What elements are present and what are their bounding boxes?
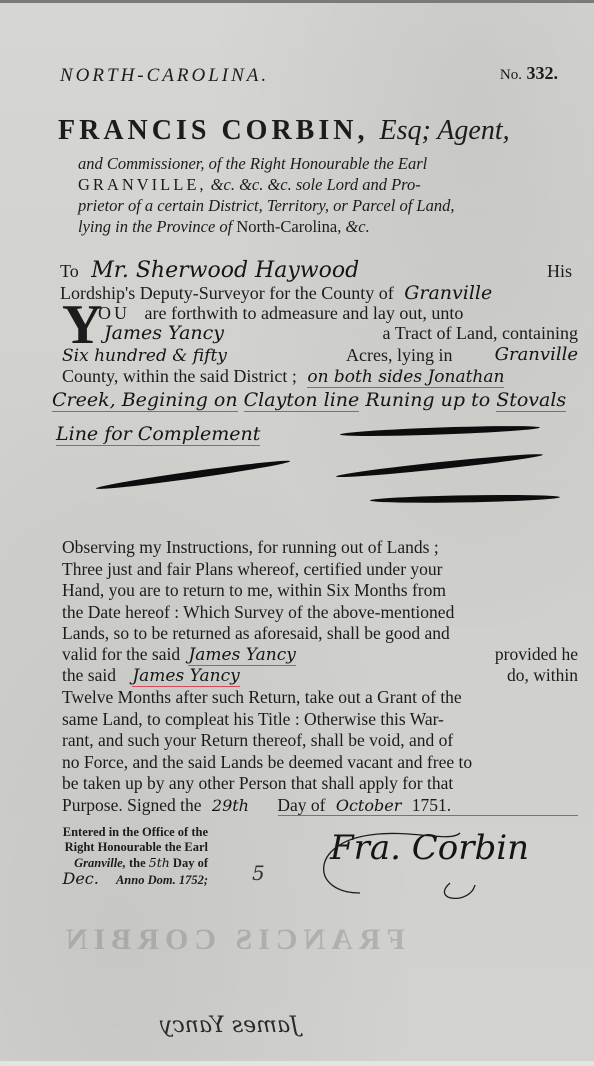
his-word: His bbox=[547, 259, 572, 283]
margin-note: 5 bbox=[252, 861, 265, 885]
instruction-line: Lands, so to be returned as aforesaid, s… bbox=[62, 623, 578, 645]
grantee-name: James Yancy bbox=[104, 322, 224, 344]
preamble: and Commissioner, of the Right Honourabl… bbox=[78, 153, 572, 237]
preamble-line-2: GRANVILLE, &c. &c. &c. sole Lord and Pro… bbox=[78, 174, 572, 195]
order-line-1-text: are forthwith to admeasure and lay out, … bbox=[145, 303, 464, 323]
instruction-line: Hand, you are to return to me, within Si… bbox=[62, 580, 578, 602]
blank-fill-stroke bbox=[370, 494, 560, 504]
entry-note: Entered in the Office of the Right Honou… bbox=[12, 825, 208, 888]
county-district-text: County, within the said District ; bbox=[62, 366, 297, 386]
instruction-line: same Land, to compleat his Title : Other… bbox=[62, 709, 578, 731]
initial-letter: Y bbox=[62, 303, 102, 347]
location-line-3: Line for Complement bbox=[56, 421, 260, 447]
blank-fill-stroke bbox=[96, 458, 291, 492]
instruction-line: Twelve Months after such Return, take ou… bbox=[62, 687, 578, 709]
page-bottom-edge bbox=[0, 1061, 594, 1066]
location-clayton-line: Clayton line bbox=[244, 389, 360, 412]
tract-text: a Tract of Land, containing bbox=[383, 321, 578, 345]
location-creek: Creek, Begining on bbox=[52, 389, 238, 412]
signed-day-of: Day of bbox=[277, 795, 325, 815]
you-word: OU bbox=[98, 303, 130, 323]
entry-line-3: Granville, the 5th Day of bbox=[12, 855, 208, 871]
valid-prefix: valid for the said bbox=[62, 644, 180, 664]
preamble-line-3: prietor of a certain District, Territory… bbox=[78, 195, 572, 216]
instructions-block-1: Observing my Instructions, for running o… bbox=[62, 537, 578, 645]
instruction-line: the Date hereof : Which Survey of the ab… bbox=[62, 602, 578, 624]
instruction-line: Observing my Instructions, for running o… bbox=[62, 537, 578, 559]
deputy-surveyor-text: Lordship's Deputy-Surveyor for the Count… bbox=[60, 283, 394, 303]
instructions-block-2: Twelve Months after such Return, take ou… bbox=[62, 687, 578, 795]
location-line-2: Creek, Begining on Clayton line Runing u… bbox=[52, 387, 582, 413]
location-running: Runing up to bbox=[365, 389, 490, 411]
preamble-line-4-italic: lying in the Province of bbox=[78, 217, 232, 236]
instruction-line: no Force, and the said Lands be deemed v… bbox=[62, 752, 578, 774]
preamble-etc: &c. bbox=[345, 217, 369, 236]
signed-prefix: Purpose. Signed the bbox=[62, 795, 202, 815]
issuer-name: FRANCIS CORBIN, bbox=[58, 115, 368, 146]
warrant-page: NORTH-CAROLINA. No. 332. FRANCIS CORBIN,… bbox=[0, 0, 594, 1066]
province-name: North-Carolina, bbox=[236, 217, 341, 236]
to-word: To bbox=[60, 261, 79, 281]
state-heading: NORTH-CAROLINA. bbox=[60, 65, 269, 87]
valid-grantee-name: James Yancy bbox=[188, 645, 295, 666]
instruction-line: be taken up by any other Person that sha… bbox=[62, 773, 578, 795]
entry-day: 5th bbox=[149, 855, 170, 870]
entry-line-1: Entered in the Office of the bbox=[12, 825, 208, 840]
signed-year: 1751. bbox=[412, 795, 451, 815]
issuer-suffix: Esq; Agent, bbox=[379, 115, 509, 146]
issuer-title: FRANCIS CORBIN, Esq; Agent, bbox=[58, 115, 510, 147]
date-underline bbox=[278, 815, 578, 816]
number-value: 332. bbox=[527, 63, 559, 83]
entry-month: Dec. bbox=[63, 869, 99, 888]
number-label: No. bbox=[500, 67, 522, 83]
said-suffix: do, within bbox=[507, 665, 578, 686]
bleed-through-print: FRANCIS CORBIN bbox=[60, 923, 405, 957]
address-line: To Mr. Sherwood Haywood His bbox=[60, 259, 578, 283]
said-prefix: the said bbox=[62, 665, 116, 685]
said-line: the said James Yancy do, within bbox=[62, 665, 578, 687]
acres-written: Six hundred & fifty bbox=[62, 346, 227, 366]
order-line-4: County, within the said District ; on bo… bbox=[62, 364, 578, 389]
entry-granville: Granville, bbox=[74, 856, 126, 870]
warrant-number: No. 332. bbox=[500, 63, 558, 84]
entry-year: Anno Dom. 1752; bbox=[116, 873, 208, 887]
bleed-through-handwriting: James Yancy bbox=[160, 1013, 299, 1038]
location-stovals: Stovals bbox=[496, 389, 566, 412]
instruction-line: Three just and fair Plans whereof, certi… bbox=[62, 559, 578, 581]
granville-name: GRANVILLE, bbox=[78, 175, 207, 194]
signed-day: 29th bbox=[212, 796, 249, 815]
order-line-2: James Yancy a Tract of Land, containing bbox=[104, 321, 578, 345]
signature-flourish bbox=[300, 823, 490, 903]
instruction-line: rant, and such your Return thereof, shal… bbox=[62, 730, 578, 752]
location-line-1: on both sides Jonathan bbox=[307, 367, 504, 388]
surveyor-name: Mr. Sherwood Haywood bbox=[91, 258, 359, 283]
preamble-line-1: and Commissioner, of the Right Honourabl… bbox=[78, 153, 572, 174]
entry-line-4: Dec. Anno Dom. 1752; bbox=[12, 871, 208, 888]
entry-day-of: Day of bbox=[173, 856, 208, 870]
entry-the: the bbox=[129, 856, 146, 870]
signed-month: October bbox=[336, 796, 402, 815]
signed-line: Purpose. Signed the 29th Day of October … bbox=[62, 795, 582, 816]
preamble-line-4: lying in the Province of North-Carolina,… bbox=[78, 216, 572, 237]
valid-line: valid for the said James Yancy provided … bbox=[62, 644, 578, 666]
blank-fill-stroke bbox=[336, 451, 544, 480]
valid-suffix: provided he bbox=[495, 644, 578, 665]
preamble-line-2-rest: &c. &c. &c. sole Lord and Pro- bbox=[211, 175, 421, 194]
location-complement: Line for Complement bbox=[56, 423, 260, 446]
entry-line-2: Right Honourable the Earl bbox=[12, 840, 208, 855]
said-grantee-name: James Yancy bbox=[132, 666, 239, 687]
blank-fill-stroke bbox=[340, 424, 540, 438]
